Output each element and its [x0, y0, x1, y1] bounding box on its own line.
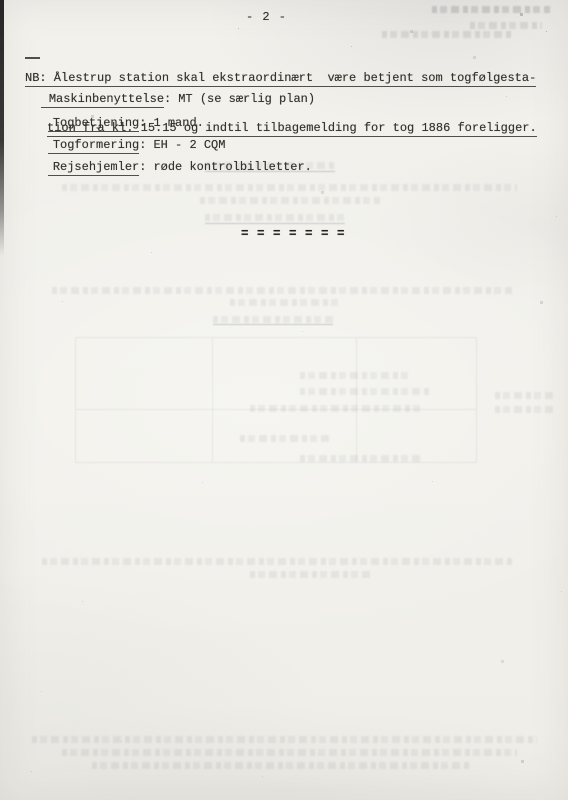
bleed-through-line [42, 558, 512, 565]
bleed-through-line [300, 388, 430, 395]
bleed-through-line [52, 287, 512, 294]
bleed-through-table [75, 337, 477, 463]
bleed-through-line [300, 455, 420, 462]
bleed-through-underline [205, 223, 345, 224]
bleed-through-line [240, 435, 330, 442]
bleed-through-line [200, 197, 380, 204]
field-colon: : [139, 160, 146, 174]
field-rejsehjemler: Rejsehjemler:røde kontrolbilletter. [24, 146, 312, 188]
bleed-through-line [250, 571, 370, 578]
bleed-through-line [495, 392, 557, 399]
bleed-through-underline [213, 324, 333, 325]
bleed-through-line [495, 406, 557, 413]
bleed-through-line [32, 736, 537, 743]
bleed-through-line [230, 299, 340, 306]
scan-edge-artifact [0, 0, 4, 256]
paper-noise [0, 0, 1, 1]
bleed-through-line [432, 6, 550, 13]
bleed-through-line [62, 749, 517, 756]
field-value: røde kontrolbilletter. [153, 160, 311, 174]
bleed-through-line [92, 762, 472, 769]
scanned-document-page: - 2 - NB: Ålestrup station skal ekstraor… [0, 0, 568, 800]
bleed-through-line [300, 372, 410, 379]
bleed-through-line [213, 316, 333, 323]
bleed-through-line [205, 214, 345, 221]
bleed-through-line [250, 405, 420, 412]
field-label: Rejsehjemler [48, 160, 139, 176]
nb-double-underline [25, 57, 40, 59]
page-number: - 2 - [246, 10, 287, 24]
section-divider: = = = = = = = [241, 227, 345, 241]
bleed-through-line [470, 22, 542, 29]
